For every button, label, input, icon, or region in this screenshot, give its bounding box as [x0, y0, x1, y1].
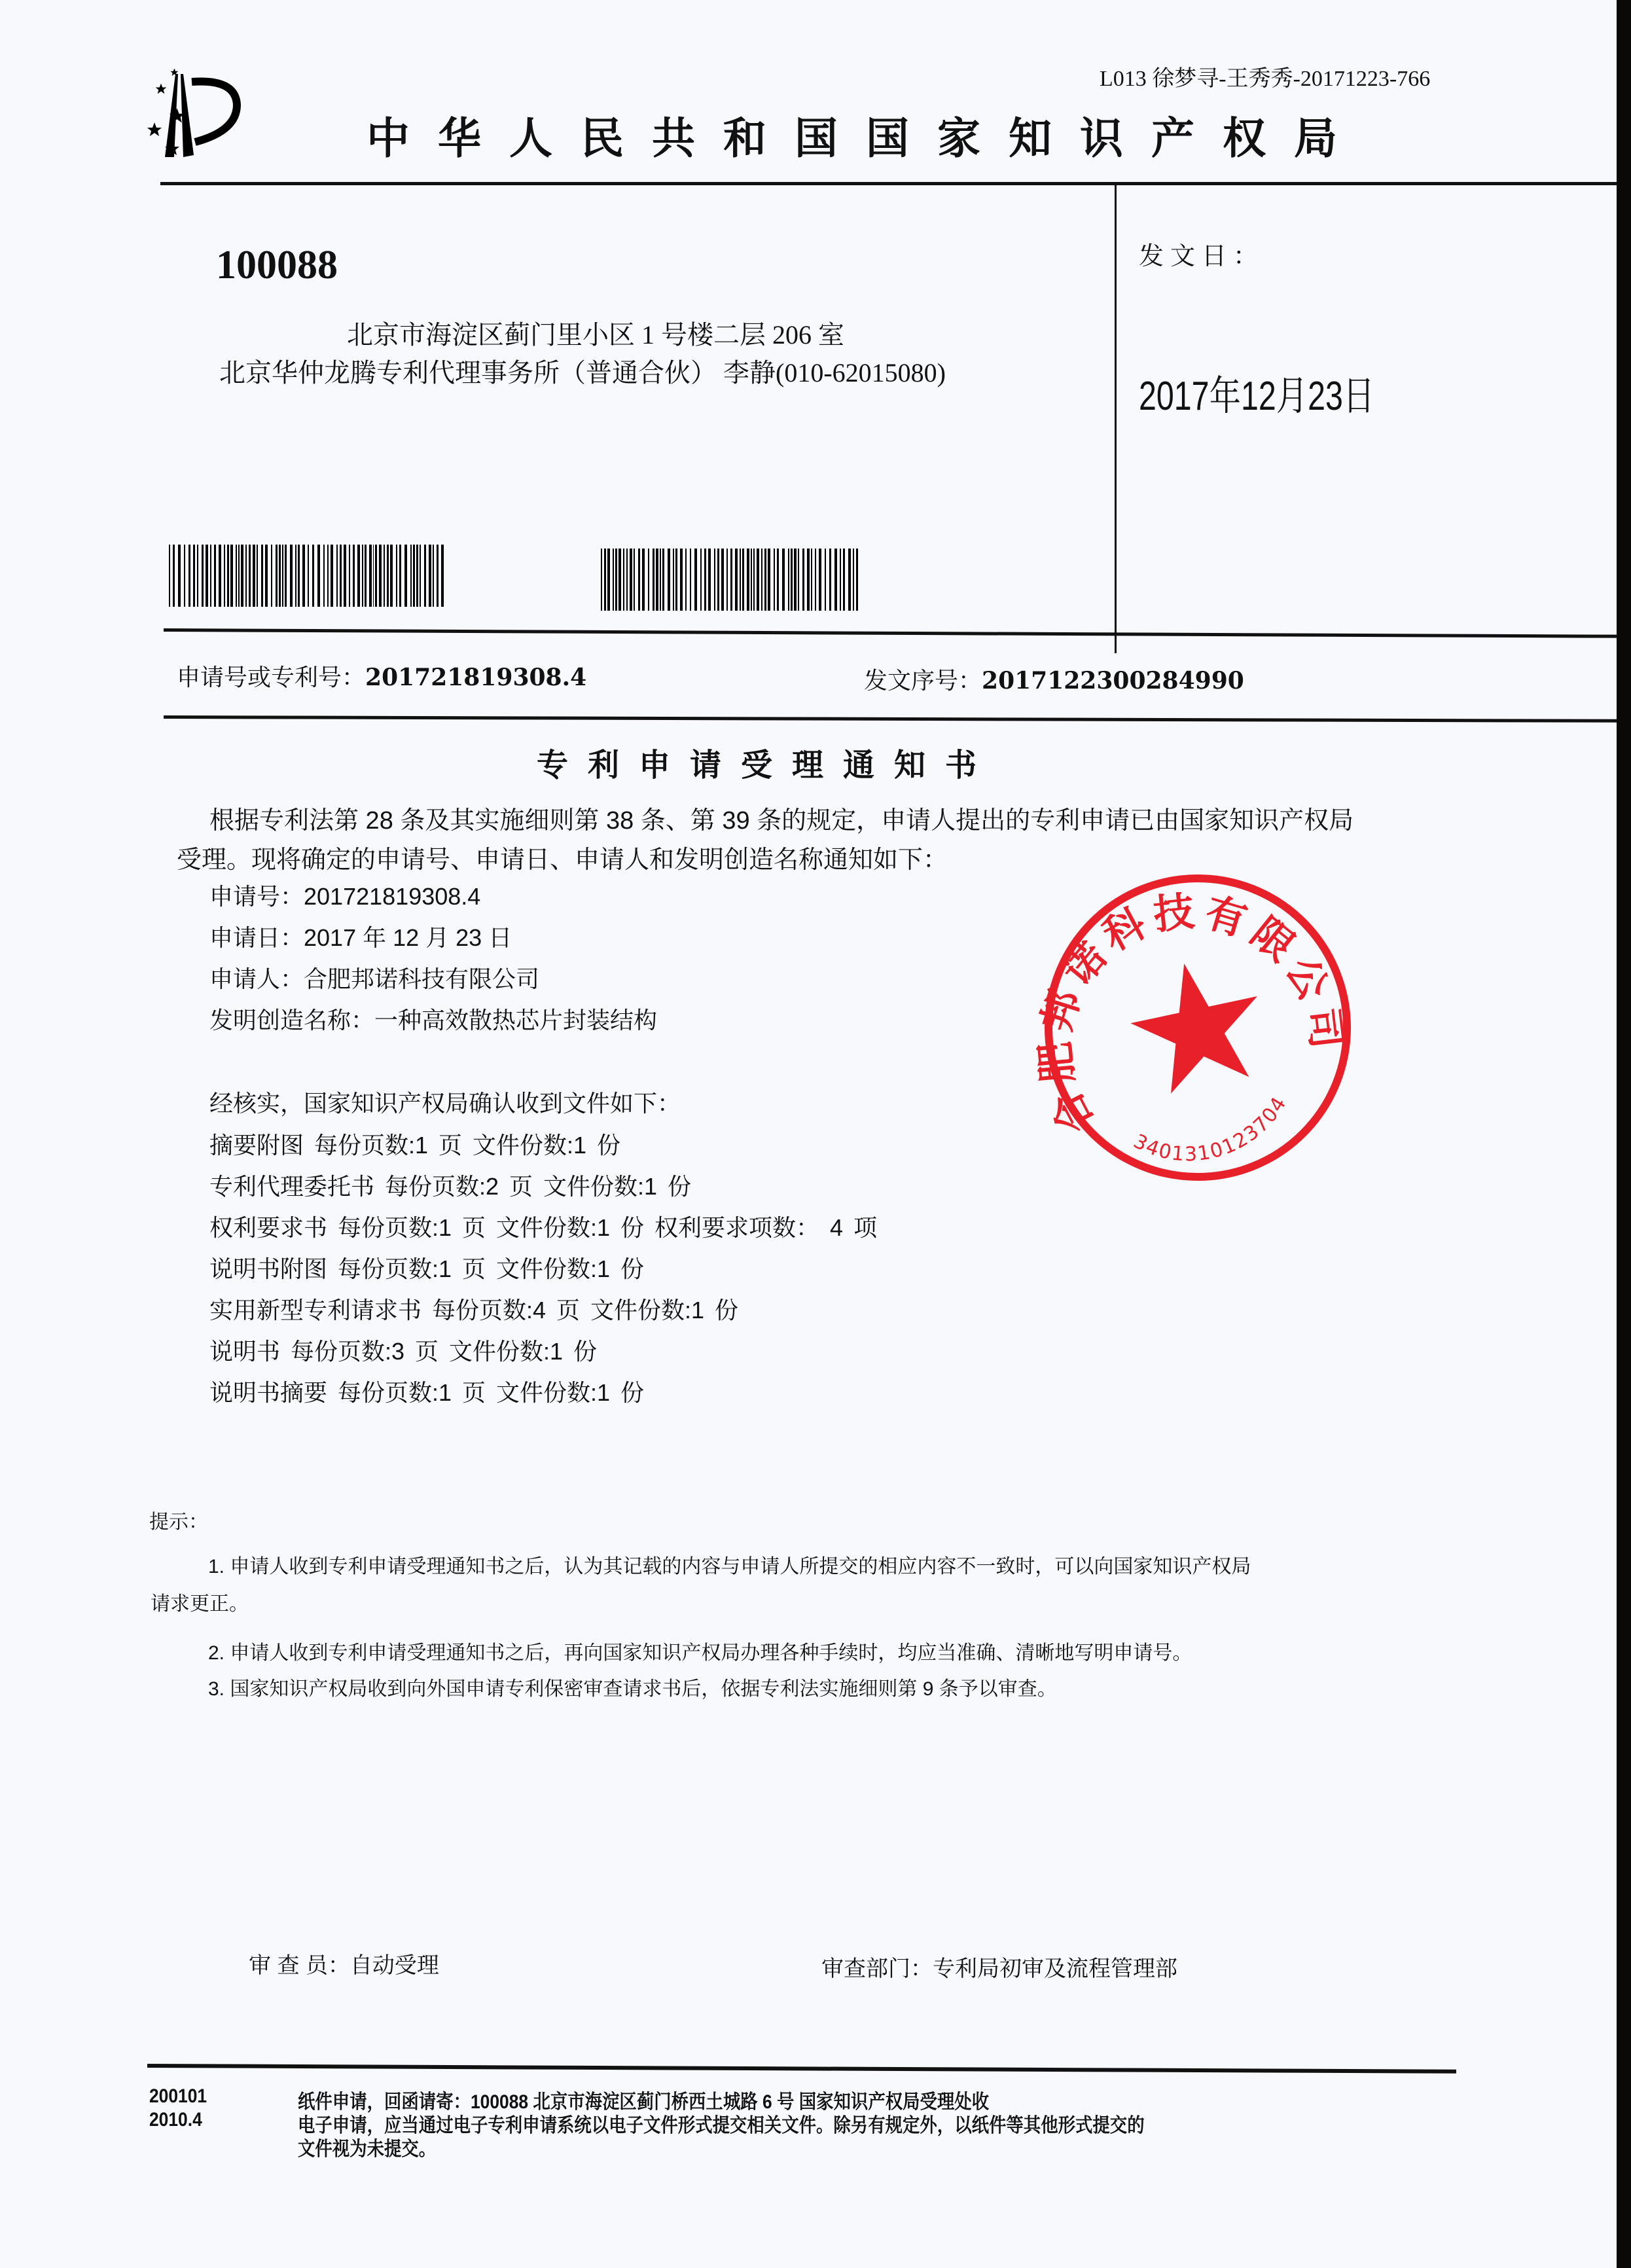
barcode-serial-number — [601, 549, 861, 611]
application-number-value: 201721819308.4 — [365, 664, 586, 691]
field-label: 申请日： — [209, 924, 304, 951]
tip-item-1: 1. 申请人收到专利申请受理通知书之后，认为其记载的内容与申请人所提交的相应内容… — [208, 1550, 1251, 1579]
received-document-row: 实用新型专利请求书 每份页数:4 页 文件份数:1 份 — [209, 1292, 738, 1325]
examiner: 审 查 员：自动受理 — [249, 1947, 439, 1979]
cnipa-logo-icon — [137, 69, 268, 164]
footer-line-3: 文件视为未提交。 — [298, 2133, 436, 2161]
serial-number-row: 发文序号：2017122300284990 — [864, 662, 1244, 696]
barcode-app-number — [169, 545, 447, 607]
field-label: 申请号： — [209, 883, 304, 910]
date-box-divider — [1115, 183, 1117, 653]
field-value: 合肥邦诺科技有限公司 — [304, 965, 539, 992]
notice-title: 专利申请受理通知书 — [537, 740, 996, 785]
received-document-row: 权利要求书 每份页数:1 页 文件份数:1 份 权利要求项数： 4 项 — [209, 1210, 877, 1243]
field-invention-title: 发明创造名称：一种高效散热芯片封装结构 — [209, 1002, 657, 1035]
intro-paragraph-line1: 根据专利法第 28 条及其实施细则第 38 条、第 39 条的规定，申请人提出的… — [209, 800, 1353, 842]
issue-date: 2017年12月23日 — [1139, 363, 1374, 422]
intro-paragraph-line2: 受理。现将确定的申请号、申请日、申请人和发明创造名称通知如下： — [177, 839, 948, 881]
received-document-row: 摘要附图 每份页数:1 页 文件份数:1 份 — [209, 1127, 620, 1161]
tip-item-1-continued: 请求更正。 — [151, 1587, 249, 1616]
received-document-row: 说明书 每份页数:3 页 文件份数:1 份 — [209, 1333, 597, 1367]
serial-number-value: 2017122300284990 — [982, 667, 1244, 694]
application-number-label: 申请号或专利号： — [177, 664, 365, 691]
field-value: 一种高效散热芯片封装结构 — [374, 1007, 657, 1034]
serial-number-label: 发文序号： — [864, 668, 982, 694]
field-application-date: 申请日：2017 年 12 月 23 日 — [209, 920, 512, 953]
examining-department: 审查部门：专利局初审及流程管理部 — [821, 1951, 1177, 1983]
received-document-row: 说明书附图 每份页数:1 页 文件份数:1 份 — [209, 1251, 644, 1284]
company-seal: 合肥邦诺科技有限公司 3401310123704 — [1034, 864, 1361, 1191]
field-label: 申请人： — [209, 965, 304, 992]
issue-date-label: 发文日： — [1139, 236, 1264, 272]
application-number-row: 申请号或专利号：201721819308.4 — [177, 659, 586, 693]
reference-code: L013 徐梦寻-王秀秀-20171223-766 — [1100, 60, 1430, 92]
postcode: 100088 — [216, 242, 338, 289]
red-star-icon — [1120, 950, 1273, 1099]
recipient-address: 北京市海淀区蓟门里小区 1 号楼二层 206 室 — [347, 314, 844, 351]
received-document-row: 专利代理委托书 每份页数:2 页 文件份数:1 份 — [209, 1168, 691, 1202]
svg-text:3401310123704: 3401310123704 — [1130, 1092, 1291, 1166]
field-applicant: 申请人：合肥邦诺科技有限公司 — [209, 961, 539, 994]
recipient-agency: 北京华仲龙腾专利代理事务所（普通合伙） 李静(010-62015080) — [219, 352, 946, 389]
footer-divider — [147, 2064, 1456, 2074]
office-title: 中华人民共和国国家知识产权局 — [367, 103, 1365, 166]
header-divider — [160, 182, 1617, 185]
field-value: 2017 年 12 月 23 日 — [304, 924, 512, 951]
confirmation-line: 经核实，国家知识产权局确认收到文件如下： — [209, 1085, 681, 1119]
barcode-divider — [164, 628, 1617, 638]
form-version: 2010.4 — [149, 2109, 202, 2131]
tips-label: 提示： — [149, 1505, 208, 1534]
scanner-edge — [1617, 0, 1631, 2268]
form-code: 200101 — [149, 2085, 207, 2108]
field-application-number: 申请号：201721819308.4 — [209, 878, 480, 912]
numbers-divider — [164, 715, 1617, 723]
received-document-row: 说明书摘要 每份页数:1 页 文件份数:1 份 — [209, 1375, 644, 1408]
field-value: 201721819308.4 — [304, 883, 480, 910]
tip-item-2: 2. 申请人收到专利申请受理通知书之后，再向国家知识产权局办理各种手续时，均应当… — [208, 1636, 1192, 1665]
tip-item-3: 3. 国家知识产权局收到向外国申请专利保密审查请求书后，依据专利法实施细则第 9… — [208, 1672, 1057, 1701]
field-label: 发明创造名称： — [209, 1007, 374, 1034]
